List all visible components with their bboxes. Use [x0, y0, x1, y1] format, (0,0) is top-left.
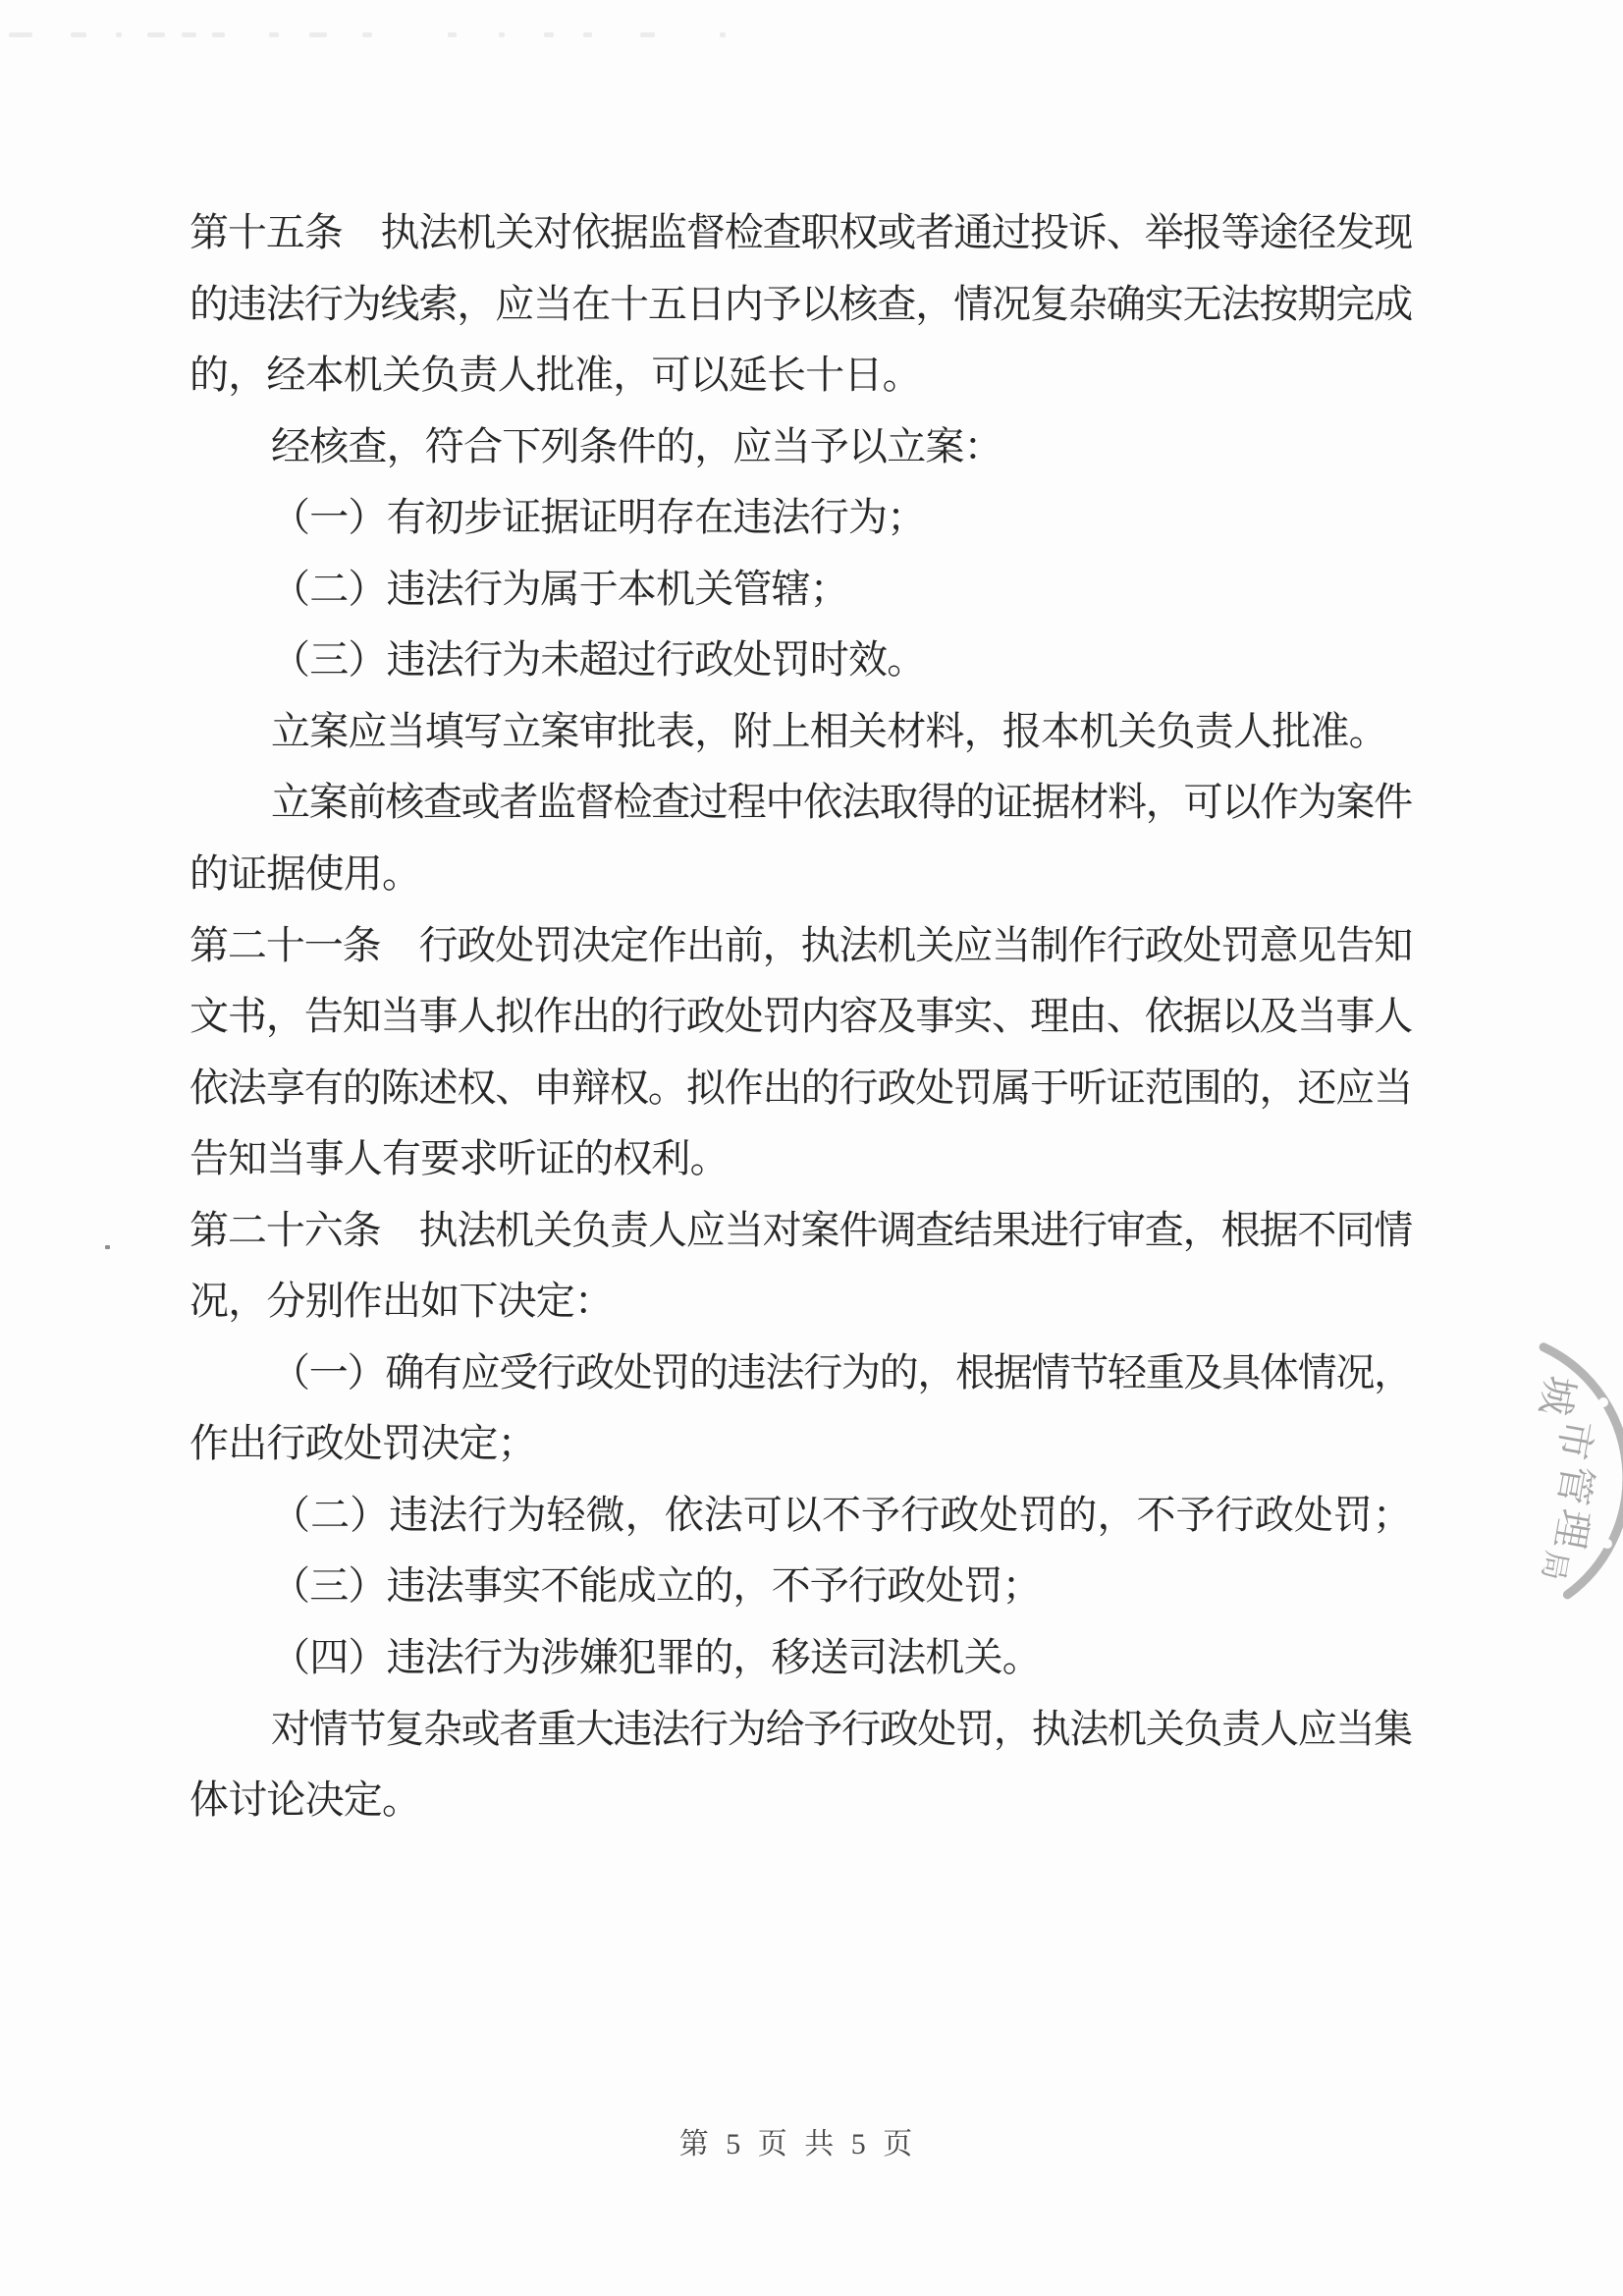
text-line: 第十五条 执法机关对依据监督检查职权或者通过投诉、举报等途径发现 — [189, 196, 1412, 268]
text-line: 经核查，符合下列条件的，应当予以立案： — [271, 410, 1002, 482]
scan-artifact — [71, 32, 86, 37]
text-line: 第二十一条 行政处罚决定作出前，执法机关应当制作行政处罚意见告知 — [189, 909, 1412, 981]
scan-artifact — [309, 32, 327, 37]
text-line: 立案应当填写立案审批表，附上相关材料，报本机关负责人批准。 — [271, 695, 1387, 767]
scan-artifact — [182, 32, 196, 37]
text-line: 的证据使用。 — [189, 838, 420, 909]
seal-stamp-icon: 城市管理局 — [1325, 1296, 1623, 1650]
scan-artifact — [448, 32, 457, 37]
text-line: 作出行政处罚决定； — [189, 1407, 536, 1479]
text-line: （三）违法事实不能成立的，不予行政处罚； — [271, 1550, 1041, 1621]
text-line: （二）违法行为属于本机关管辖； — [271, 553, 848, 625]
text-line: 立案前核查或者监督检查过程中依法取得的证据材料，可以作为案件 — [271, 766, 1412, 838]
scan-artifact — [640, 32, 655, 37]
text-line: 第二十六条 执法机关负责人应当对案件调查结果进行审查，根据不同情 — [189, 1194, 1412, 1266]
text-line: 文书，告知当事人拟作出的行政处罚内容及事实、理由、依据以及当事人 — [189, 980, 1412, 1052]
scan-artifact — [269, 32, 279, 37]
seal-character: 城 — [1532, 1372, 1582, 1418]
ink-speck — [105, 1245, 110, 1249]
page-number-footer: 第 5 页 共 5 页 — [0, 2119, 1596, 2162]
seal-arc-void — [1602, 1539, 1612, 1549]
scan-artifact — [362, 32, 372, 37]
text-line: （二）违法行为轻微，依法可以不予行政处罚的，不予行政处罚； — [271, 1479, 1412, 1551]
seal-text: 城市管理局 — [1532, 1372, 1599, 1582]
seal-character: 市 — [1549, 1416, 1599, 1462]
text-line: （一）确有应受行政处罚的违法行为的，根据情节轻重及具体情况， — [271, 1337, 1412, 1408]
text-line: （三）违法行为未超过行政处罚时效。 — [271, 624, 925, 695]
text-line: （四）违法行为涉嫌犯罪的，移送司法机关。 — [271, 1621, 1041, 1693]
text-line: 的，经本机关负责人批准，可以延长十日。 — [189, 339, 921, 410]
text-line: 况，分别作出如下决定： — [189, 1265, 613, 1337]
scanned-document-page: 第十五条 执法机关对依据监督检查职权或者通过投诉、举报等途径发现的违法行为线索，… — [0, 0, 1623, 2296]
seal-character: 局 — [1536, 1548, 1573, 1582]
scan-artifact — [544, 32, 554, 37]
text-line: 对情节复杂或者重大违法行为给予行政处罚，执法机关负责人应当集 — [271, 1693, 1412, 1765]
seal-arc-void — [1598, 1397, 1608, 1407]
text-line: 告知当事人有要求听证的权利。 — [189, 1122, 729, 1194]
text-line: 依法享有的陈述权、申辩权。拟作出的行政处罚属于听证范围的，还应当 — [189, 1052, 1412, 1123]
scan-artifact — [212, 32, 225, 37]
seal-character: 管 — [1549, 1461, 1599, 1507]
text-line: 的违法行为线索，应当在十五日内予以核查，情况复杂确实无法按期完成 — [189, 268, 1412, 340]
scan-artifact — [116, 32, 122, 37]
scan-artifact — [499, 32, 505, 37]
scan-artifact — [147, 32, 165, 37]
scan-artifact — [9, 32, 32, 37]
text-line: （一）有初步证据证明存在违法行为； — [271, 481, 925, 553]
text-line: 体讨论决定。 — [189, 1764, 420, 1835]
scan-artifact — [720, 32, 726, 37]
seal-character: 理 — [1546, 1505, 1596, 1552]
scan-artifact — [583, 32, 592, 37]
